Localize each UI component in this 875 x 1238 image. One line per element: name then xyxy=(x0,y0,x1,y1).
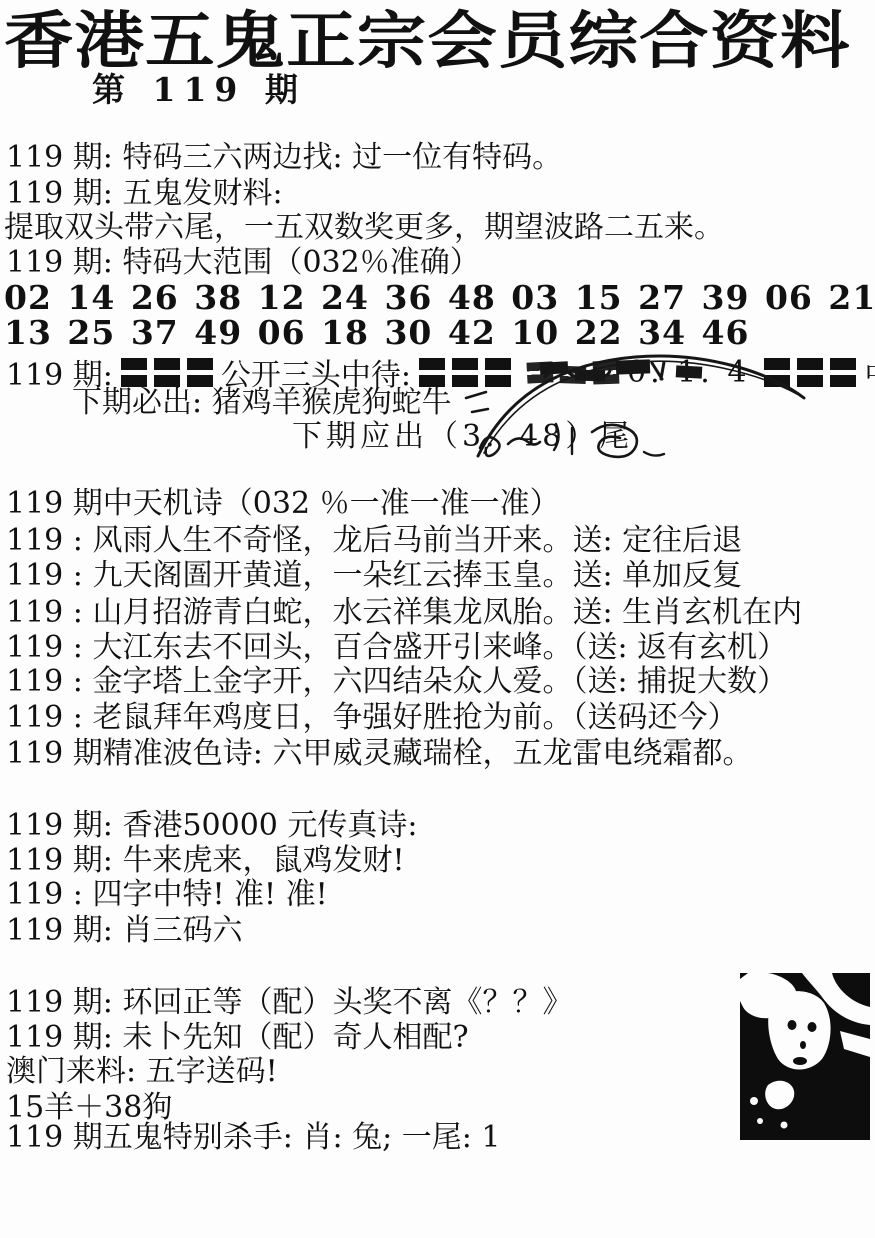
tip-line-4: 119 期: 特码大范围（032％准确） xyxy=(6,246,480,280)
poem-line: 119 : 金字塔上金字开，六四结朵众人爱。（送: 捕捉大数） xyxy=(6,665,787,699)
bottom-line-5: 119 期五鬼特别杀手: 肖: 兔; 一尾: 1 xyxy=(6,1121,500,1155)
issue-number: 第 119 期 xyxy=(92,64,306,111)
bose-poem-line: 119 期精准波色诗: 六甲威灵藏瑞栓，五龙雷电绕霜都。 xyxy=(6,737,752,771)
bottom-line-1: 119 期: 环回正等（配）头奖不离《？？》 xyxy=(6,986,572,1020)
bottom-line-3: 澳门来料: 五字送码! xyxy=(6,1055,278,1089)
tip-line-2: 119 期: 五鬼发财料: xyxy=(6,177,283,211)
redacted-blocks-group xyxy=(419,358,511,387)
fax-line-4: 119 期: 肖三码六 xyxy=(6,914,242,948)
redacted-blocks-group-obscured xyxy=(527,358,619,387)
poem-line: 119 : 老鼠拜年鸡度日，争强好胜抢为前。（送码还今） xyxy=(6,701,737,735)
redacted-blocks-group xyxy=(121,358,213,387)
poem-header: 119 期中天机诗（032 ％一准一准一准） xyxy=(6,487,560,521)
high-contrast-portrait-photo xyxy=(740,973,870,1140)
fax-line-2: 119 期: 牛来虎来，鼠鸡发财! xyxy=(6,844,405,878)
tip-line-1: 119 期: 特码三六两边找: 过一位有特码。 xyxy=(6,141,562,175)
bottom-line-2: 119 期: 未卜先知（配）奇人相配? xyxy=(6,1021,469,1055)
open-three-digits: 0. 1. 4 xyxy=(627,355,750,390)
scanned-lottery-sheet: 香港五鬼正宗会员综合资料 第 119 期 119 期: 特码三六两边找: 过一位… xyxy=(0,0,875,1238)
poem-line: 119 : 风雨人生不奇怪，龙后马前当开来。送: 定往后退 xyxy=(6,524,742,558)
poem-line: 119 : 山月招游青白蛇，水云祥集龙凤胎。送: 生肖玄机在内 xyxy=(6,596,802,630)
open-three-suffix: 中 xyxy=(864,350,875,394)
redacted-blocks-group xyxy=(764,358,856,387)
fax-line-1: 119 期: 香港50000 元传真诗: xyxy=(6,809,418,843)
next-must-line: 下期必出: 猪鸡羊猴虎狗蛇牛 xyxy=(72,386,452,420)
poem-line: 119 : 大江东去不回头，百合盛开引来峰。（送: 返有玄机） xyxy=(6,631,787,665)
next-should-line: 下期应出（3．48）尾 xyxy=(292,420,633,454)
number-row-2: 13 25 37 49 06 18 30 42 10 22 34 46 xyxy=(4,316,749,350)
tip-line-3: 提取双头带六尾，一五双数奖更多，期望波路二五来。 xyxy=(4,211,724,245)
number-row-1: 02 14 26 38 12 24 36 48 03 15 27 39 06 2… xyxy=(4,281,875,315)
fax-line-3: 119 : 四字中特! 准! 准! xyxy=(6,878,328,912)
poem-line: 119 : 九天阁圄开黄道，一朵红云捧玉皇。送: 单加反复 xyxy=(6,559,742,593)
